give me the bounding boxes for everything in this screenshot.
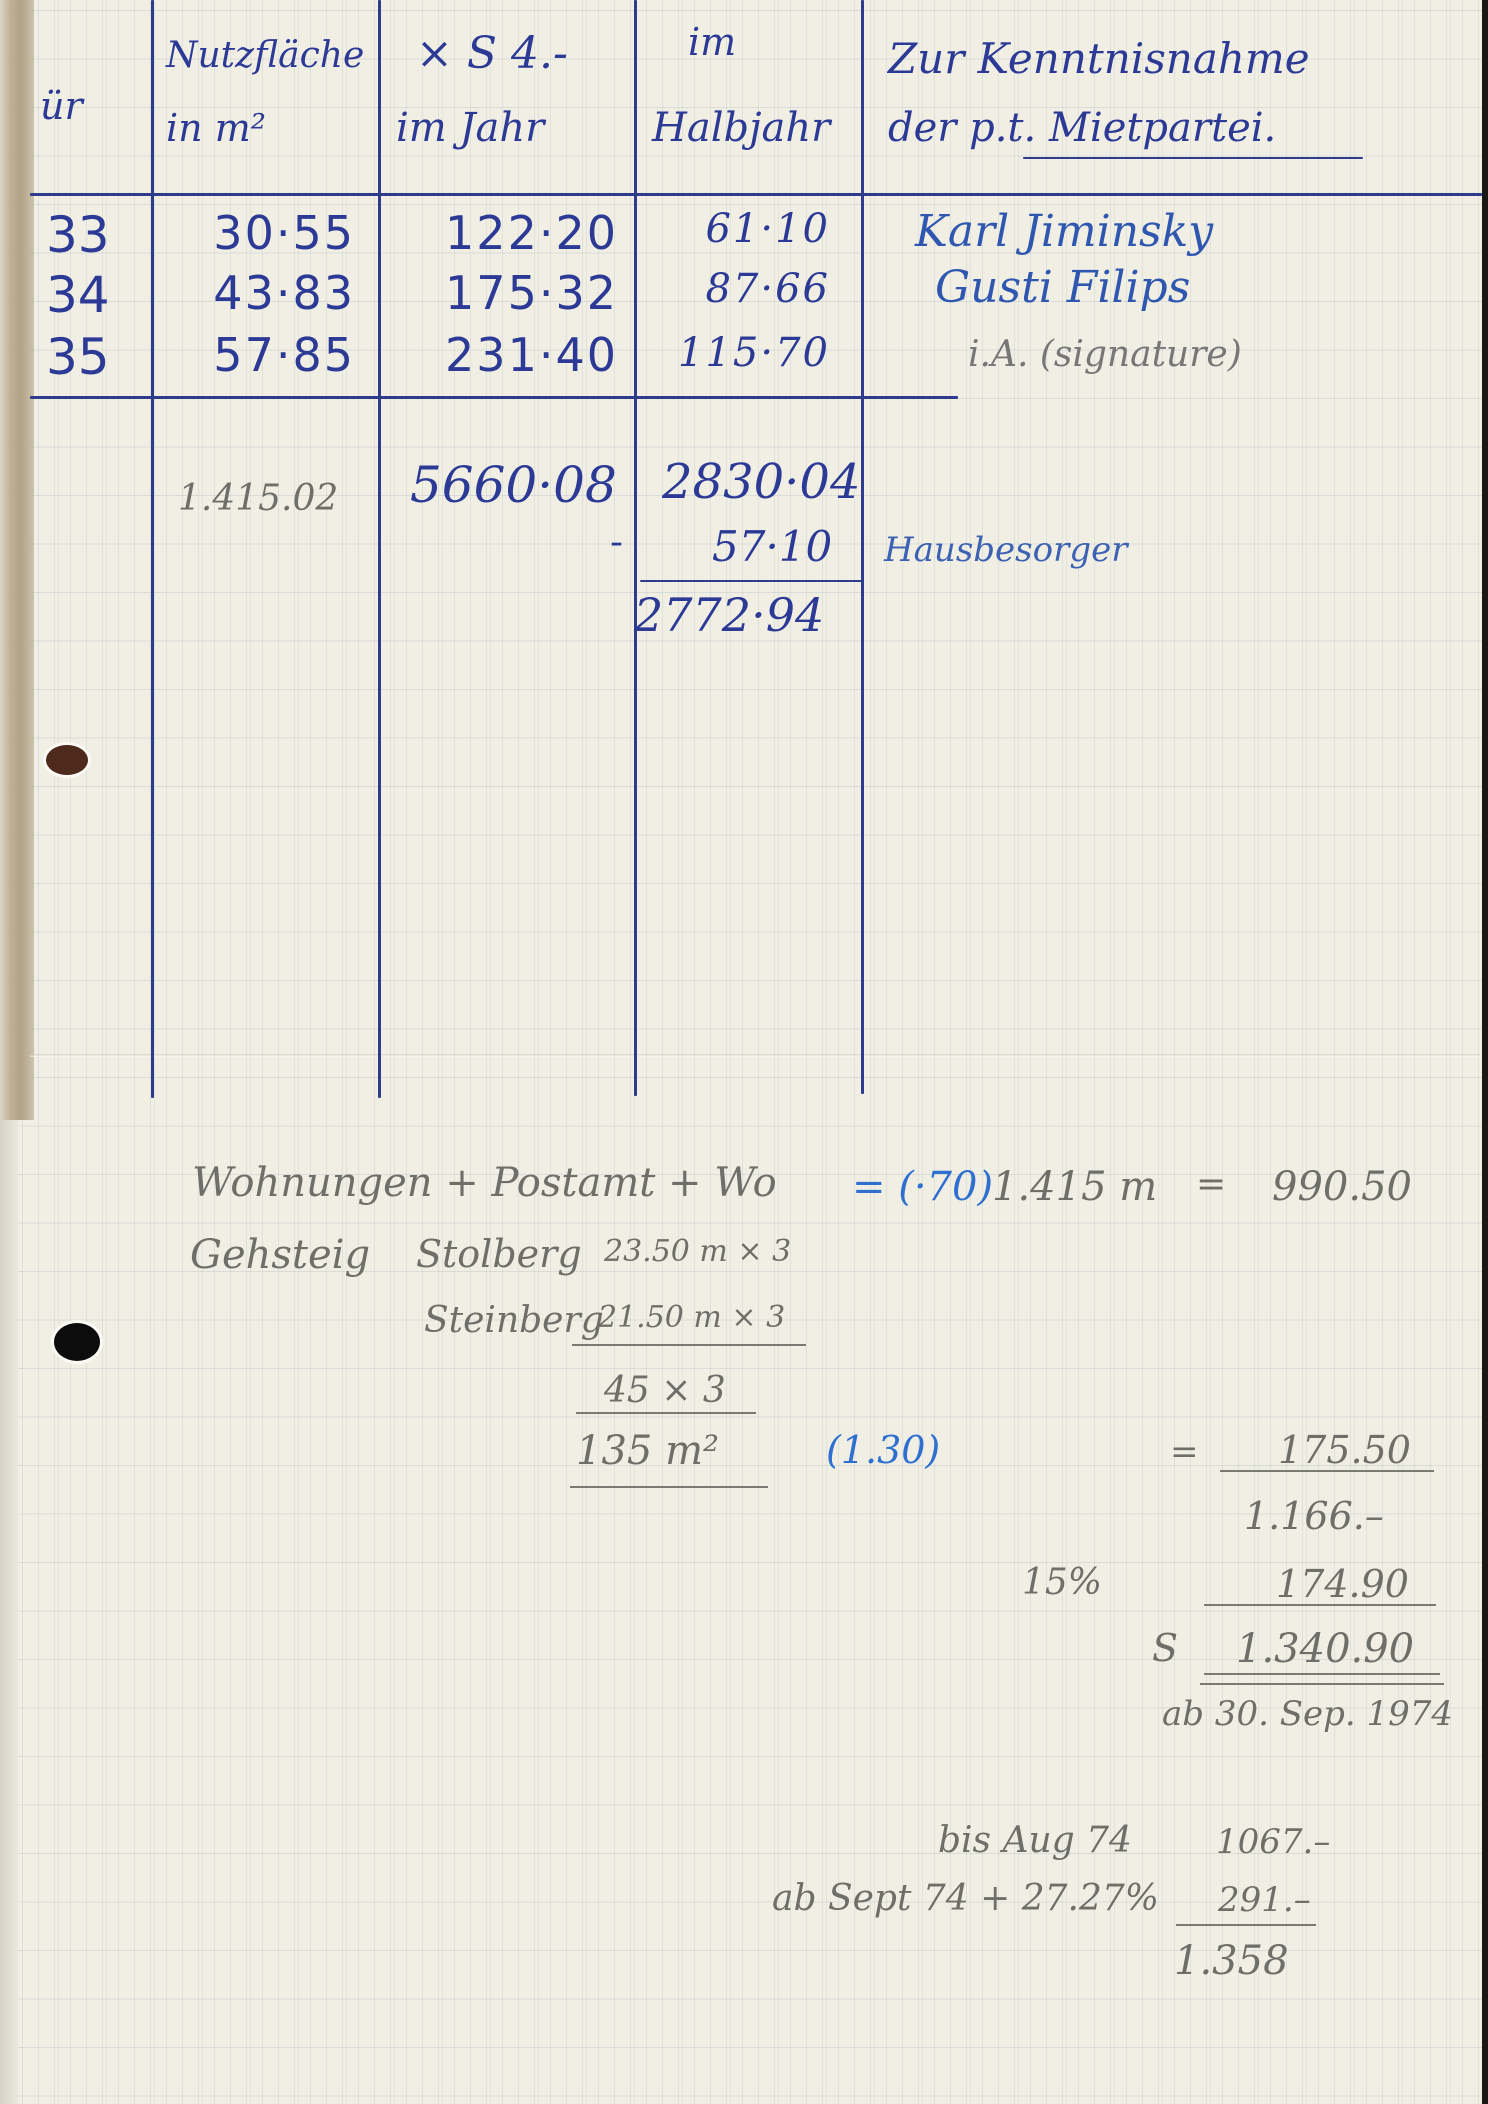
note-line2-label: Gehsteig [190, 1232, 370, 1278]
note-line1-eq: = [1196, 1164, 1226, 1205]
note-line1-text: Wohnungen + Postamt + Wo [192, 1160, 777, 1206]
row-34-nr: 34 [46, 266, 110, 324]
header-half-line1: im [688, 22, 736, 64]
header-acknowledge-line2: der p.t. Mietpartei. [888, 106, 1276, 150]
note-line1-factor: = (·70) [852, 1164, 993, 1210]
note-line3-underline [572, 1344, 806, 1346]
kenntnis-underline [1023, 157, 1363, 159]
note-sum-value: 1.340.90 [1236, 1626, 1414, 1672]
note-line5-calc: 135 m² [576, 1428, 719, 1474]
header-area-line2: in m² [166, 108, 266, 150]
note-line5-factor: (1.30) [826, 1428, 940, 1472]
header-area-line1: Nutzfläche [166, 36, 364, 76]
net-rule [640, 580, 862, 582]
row-34-area: 43·83 [170, 266, 355, 320]
note-percent-value: 174.90 [1276, 1562, 1409, 1606]
total-per-year: 5660·08 [410, 456, 617, 514]
note-until-label: bis Aug 74 [938, 1820, 1132, 1861]
punch-hole-top [46, 745, 88, 775]
row-33-area: 30·55 [170, 206, 355, 260]
note-line5-value: 175.50 [1278, 1428, 1411, 1472]
row-35-area: 57·85 [170, 328, 355, 382]
row-35-tenant-signature: i.A. (signature) [968, 334, 1242, 375]
note-line4-underline [576, 1412, 756, 1414]
note-effective-date: ab 30. Sep. 1974 [1162, 1694, 1453, 1734]
note-line5-eq: = [1170, 1432, 1199, 1472]
column-divider-1 [151, 0, 154, 1098]
row-34-tenant-signature: Gusti Filips [935, 262, 1190, 313]
note-line3-calc: 21.50 m × 3 [598, 1300, 785, 1335]
note-sum-label: S [1152, 1626, 1178, 1670]
note-line1-area: 1.415 m [992, 1164, 1157, 1210]
header-year-line1: × S 4.- [416, 30, 568, 78]
row-35-half: 115·70 [650, 330, 830, 376]
deduction-value: 57·10 [712, 522, 832, 571]
header-year-line2: im Jahr [396, 106, 544, 150]
row-33-year: 122·20 [400, 206, 618, 260]
row-33-nr: 33 [46, 206, 110, 264]
note-from-value: 291.– [1218, 1880, 1311, 1920]
header-rule [30, 193, 1482, 196]
row-35-year: 231·40 [400, 328, 618, 382]
column-divider-2 [378, 0, 381, 1098]
note-line2-calc: 23.50 m × 3 [604, 1234, 791, 1269]
minus-sign: - [610, 522, 623, 563]
row-34-half: 87·66 [650, 266, 830, 312]
note-line5-underline [570, 1486, 768, 1488]
column-divider-4 [861, 0, 864, 1094]
header-half-line2: Halbjahr [652, 106, 830, 150]
note-line5-value-underline [1220, 1470, 1434, 1472]
note-from-label: ab Sept 74 + 27.27% [772, 1878, 1159, 1919]
note-percent-underline [1204, 1604, 1436, 1606]
row-33-tenant-signature: Karl Jiminsky [915, 206, 1213, 257]
header-acknowledge-line1: Zur Kenntnisnahme [888, 36, 1310, 82]
row-35-nr: 35 [46, 328, 110, 386]
note-percent-label: 15% [1022, 1562, 1102, 1603]
note-final-value: 1.358 [1174, 1938, 1289, 1984]
deduction-note: Hausbesorger [884, 530, 1127, 570]
note-until-value: 1067.– [1216, 1822, 1330, 1862]
note-line4-calc: 45 × 3 [604, 1370, 726, 1411]
total-half-year: 2830·04 [662, 454, 861, 510]
paper-edge [0, 1120, 18, 2104]
row-34-year: 175·32 [400, 266, 618, 320]
totals-rule [30, 396, 958, 399]
total-area: 1.415.02 [178, 478, 338, 519]
net-half-year: 2772·94 [634, 588, 824, 642]
note-line2-item: Stolberg [416, 1232, 582, 1276]
note-sum-double-underline-1 [1204, 1673, 1440, 1675]
paper-sheet: ür Nutzfläche in m² × S 4.- im Jahr im H… [0, 0, 1482, 2104]
punch-hole-bottom [54, 1323, 100, 1361]
header-col-nr: ür [40, 86, 83, 128]
note-line3-item: Steinberg [424, 1300, 604, 1341]
note-from-underline [1176, 1924, 1316, 1926]
note-subtotal: 1.166.– [1244, 1494, 1384, 1538]
note-sum-double-underline-2 [1200, 1683, 1444, 1685]
binder-edge [0, 0, 34, 1120]
fold-crease [30, 1054, 1480, 1057]
column-divider-3 [634, 0, 637, 1096]
row-33-half: 61·10 [650, 206, 830, 252]
note-line1-value: 990.50 [1272, 1164, 1412, 1210]
